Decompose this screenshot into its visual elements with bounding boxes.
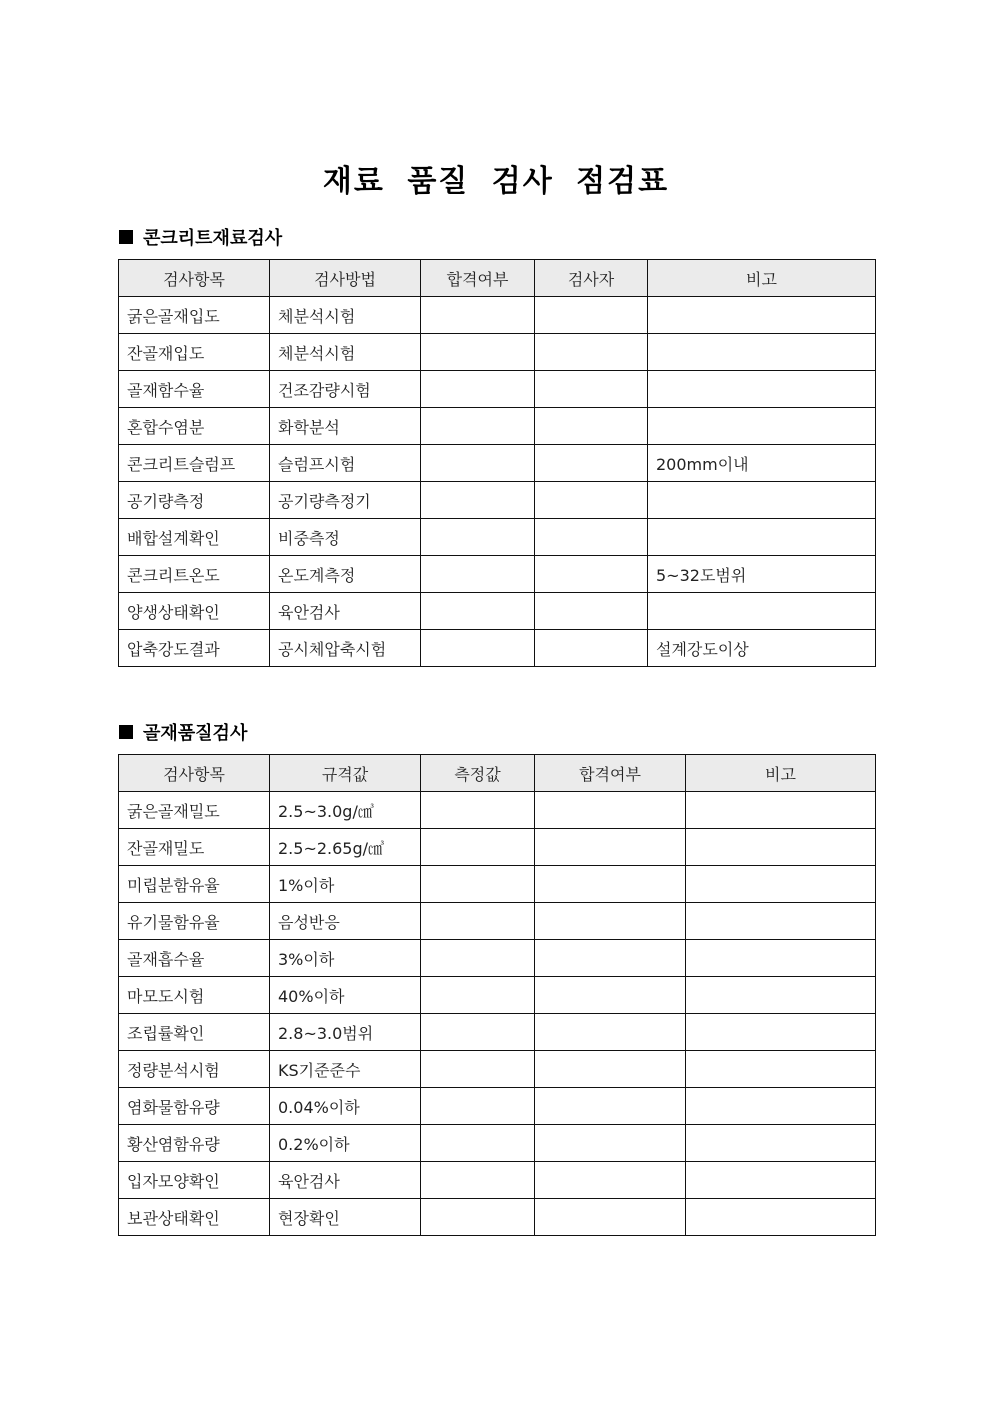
table-cell: 굵은골재밀도 bbox=[119, 792, 270, 829]
editable-cell[interactable] bbox=[421, 593, 535, 630]
editable-cell[interactable] bbox=[535, 977, 686, 1014]
section-heading-concrete: 콘크리트재료검사 bbox=[119, 224, 282, 250]
editable-cell[interactable] bbox=[535, 1162, 686, 1199]
table-cell: 조립률확인 bbox=[119, 1014, 270, 1051]
editable-cell[interactable] bbox=[421, 1125, 535, 1162]
column-header: 비고 bbox=[686, 755, 876, 792]
table-cell: 보관상태확인 bbox=[119, 1199, 270, 1236]
table-cell: 골재흡수율 bbox=[119, 940, 270, 977]
editable-cell[interactable]: 200mm이내 bbox=[648, 445, 876, 482]
editable-cell[interactable] bbox=[421, 297, 535, 334]
editable-cell[interactable] bbox=[535, 408, 648, 445]
editable-cell[interactable] bbox=[535, 1125, 686, 1162]
column-header: 검사항목 bbox=[119, 260, 270, 297]
table-cell: 육안검사 bbox=[270, 593, 421, 630]
editable-cell[interactable] bbox=[535, 1088, 686, 1125]
editable-cell[interactable] bbox=[421, 630, 535, 667]
table-cell: 체분석시험 bbox=[270, 297, 421, 334]
table-cell: 슬럼프시험 bbox=[270, 445, 421, 482]
editable-cell[interactable] bbox=[686, 866, 876, 903]
editable-cell[interactable] bbox=[535, 940, 686, 977]
editable-cell[interactable] bbox=[535, 829, 686, 866]
table-cell: 화학분석 bbox=[270, 408, 421, 445]
table-cell: 황산염함유량 bbox=[119, 1125, 270, 1162]
table-cell: 잔골재밀도 bbox=[119, 829, 270, 866]
table-row: 공기량측정공기량측정기 bbox=[119, 482, 876, 519]
editable-cell[interactable] bbox=[686, 903, 876, 940]
column-header: 검사자 bbox=[535, 260, 648, 297]
table-row: 잔골재밀도2.5~2.65g/㎤ bbox=[119, 829, 876, 866]
editable-cell[interactable] bbox=[535, 792, 686, 829]
table-row: 잔골재입도체분석시험 bbox=[119, 334, 876, 371]
aggregate-inspection-table: 검사항목 규격값 측정값 합격여부 비고 굵은골재밀도2.5~3.0g/㎤잔골재… bbox=[118, 754, 876, 1236]
table-cell: 0.04%이하 bbox=[270, 1088, 421, 1125]
editable-cell[interactable] bbox=[421, 482, 535, 519]
table-cell: 미립분함유율 bbox=[119, 866, 270, 903]
editable-cell[interactable] bbox=[648, 334, 876, 371]
table-cell: 현장확인 bbox=[270, 1199, 421, 1236]
editable-cell[interactable] bbox=[421, 556, 535, 593]
editable-cell[interactable] bbox=[535, 903, 686, 940]
editable-cell[interactable] bbox=[535, 519, 648, 556]
table-row: 콘크리트온도온도계측정5~32도범위 bbox=[119, 556, 876, 593]
table-cell: 온도계측정 bbox=[270, 556, 421, 593]
section-heading-label: 골재품질검사 bbox=[143, 719, 247, 745]
column-header: 합격여부 bbox=[535, 755, 686, 792]
table-cell: 정량분석시험 bbox=[119, 1051, 270, 1088]
table-cell: 2.8~3.0범위 bbox=[270, 1014, 421, 1051]
table-row: 굵은골재밀도2.5~3.0g/㎤ bbox=[119, 792, 876, 829]
table-cell: 음성반응 bbox=[270, 903, 421, 940]
table-cell: 콘크리트온도 bbox=[119, 556, 270, 593]
table-row: 굵은골재입도체분석시험 bbox=[119, 297, 876, 334]
table-cell: 굵은골재입도 bbox=[119, 297, 270, 334]
editable-cell[interactable] bbox=[686, 829, 876, 866]
table-row: 조립률확인2.8~3.0범위 bbox=[119, 1014, 876, 1051]
column-header: 측정값 bbox=[421, 755, 535, 792]
table-row: 압축강도결과공시체압축시험설계강도이상 bbox=[119, 630, 876, 667]
editable-cell[interactable] bbox=[421, 792, 535, 829]
table-cell: 건조감량시험 bbox=[270, 371, 421, 408]
table-cell: 콘크리트슬럼프 bbox=[119, 445, 270, 482]
editable-cell[interactable]: 5~32도범위 bbox=[648, 556, 876, 593]
table-row: 양생상태확인육안검사 bbox=[119, 593, 876, 630]
editable-cell[interactable] bbox=[686, 940, 876, 977]
editable-cell[interactable] bbox=[686, 1199, 876, 1236]
table-cell: 혼합수염분 bbox=[119, 408, 270, 445]
editable-cell[interactable] bbox=[421, 977, 535, 1014]
editable-cell[interactable] bbox=[535, 371, 648, 408]
table-cell: 2.5~2.65g/㎤ bbox=[270, 829, 421, 866]
editable-cell[interactable] bbox=[686, 1014, 876, 1051]
editable-cell[interactable] bbox=[648, 371, 876, 408]
editable-cell[interactable] bbox=[535, 1199, 686, 1236]
table-cell: KS기준준수 bbox=[270, 1051, 421, 1088]
table-row: 정량분석시험KS기준준수 bbox=[119, 1051, 876, 1088]
table-cell: 골재함수율 bbox=[119, 371, 270, 408]
editable-cell[interactable] bbox=[686, 792, 876, 829]
section-heading-aggregate: 골재품질검사 bbox=[119, 719, 247, 745]
editable-cell[interactable] bbox=[648, 519, 876, 556]
editable-cell[interactable] bbox=[535, 630, 648, 667]
table-cell: 40%이하 bbox=[270, 977, 421, 1014]
column-header: 합격여부 bbox=[421, 260, 535, 297]
editable-cell[interactable]: 설계강도이상 bbox=[648, 630, 876, 667]
column-header: 검사방법 bbox=[270, 260, 421, 297]
editable-cell[interactable] bbox=[535, 1014, 686, 1051]
editable-cell[interactable] bbox=[535, 556, 648, 593]
table-row: 보관상태확인현장확인 bbox=[119, 1199, 876, 1236]
table-header-row: 검사항목 규격값 측정값 합격여부 비고 bbox=[119, 755, 876, 792]
table-row: 콘크리트슬럼프슬럼프시험200mm이내 bbox=[119, 445, 876, 482]
table-row: 유기물함유율음성반응 bbox=[119, 903, 876, 940]
editable-cell[interactable] bbox=[535, 334, 648, 371]
table-row: 미립분함유율1%이하 bbox=[119, 866, 876, 903]
editable-cell[interactable] bbox=[535, 866, 686, 903]
editable-cell[interactable] bbox=[686, 1125, 876, 1162]
editable-cell[interactable] bbox=[421, 334, 535, 371]
table-row: 골재흡수율3%이하 bbox=[119, 940, 876, 977]
square-bullet-icon bbox=[119, 725, 133, 739]
editable-cell[interactable] bbox=[421, 1162, 535, 1199]
editable-cell[interactable] bbox=[535, 1051, 686, 1088]
table-cell: 3%이하 bbox=[270, 940, 421, 977]
table-row: 황산염함유량0.2%이하 bbox=[119, 1125, 876, 1162]
editable-cell[interactable] bbox=[648, 482, 876, 519]
table-cell: 마모도시험 bbox=[119, 977, 270, 1014]
editable-cell[interactable] bbox=[421, 1088, 535, 1125]
table-row: 염화물함유량0.04%이하 bbox=[119, 1088, 876, 1125]
table-row: 골재함수율건조감량시험 bbox=[119, 371, 876, 408]
table-cell: 공시체압축시험 bbox=[270, 630, 421, 667]
table-cell: 잔골재입도 bbox=[119, 334, 270, 371]
table-header-row: 검사항목 검사방법 합격여부 검사자 비고 bbox=[119, 260, 876, 297]
editable-cell[interactable] bbox=[686, 1088, 876, 1125]
square-bullet-icon bbox=[119, 230, 133, 244]
table-cell: 체분석시험 bbox=[270, 334, 421, 371]
editable-cell[interactable] bbox=[648, 408, 876, 445]
table-cell: 공기량측정 bbox=[119, 482, 270, 519]
table-cell: 1%이하 bbox=[270, 866, 421, 903]
editable-cell[interactable] bbox=[421, 371, 535, 408]
table-cell: 배합설계확인 bbox=[119, 519, 270, 556]
column-header: 규격값 bbox=[270, 755, 421, 792]
editable-cell[interactable] bbox=[421, 1051, 535, 1088]
editable-cell[interactable] bbox=[686, 1162, 876, 1199]
editable-cell[interactable] bbox=[421, 866, 535, 903]
concrete-inspection-table: 검사항목 검사방법 합격여부 검사자 비고 굵은골재입도체분석시험잔골재입도체분… bbox=[118, 259, 876, 667]
table-cell: 공기량측정기 bbox=[270, 482, 421, 519]
editable-cell[interactable] bbox=[686, 977, 876, 1014]
table-row: 배합설계확인비중측정 bbox=[119, 519, 876, 556]
editable-cell[interactable] bbox=[421, 829, 535, 866]
editable-cell[interactable] bbox=[686, 1051, 876, 1088]
editable-cell[interactable] bbox=[421, 519, 535, 556]
editable-cell[interactable] bbox=[535, 297, 648, 334]
column-header: 검사항목 bbox=[119, 755, 270, 792]
editable-cell[interactable] bbox=[421, 1014, 535, 1051]
page-title: 재료 품질 검사 점검표 bbox=[0, 156, 992, 200]
table-row: 혼합수염분화학분석 bbox=[119, 408, 876, 445]
editable-cell[interactable] bbox=[648, 297, 876, 334]
editable-cell[interactable] bbox=[648, 593, 876, 630]
table-cell: 2.5~3.0g/㎤ bbox=[270, 792, 421, 829]
section-heading-label: 콘크리트재료검사 bbox=[143, 224, 282, 250]
table-cell: 압축강도결과 bbox=[119, 630, 270, 667]
editable-cell[interactable] bbox=[535, 445, 648, 482]
editable-cell[interactable] bbox=[421, 445, 535, 482]
editable-cell[interactable] bbox=[421, 1199, 535, 1236]
table-cell: 양생상태확인 bbox=[119, 593, 270, 630]
table-row: 입자모양확인육안검사 bbox=[119, 1162, 876, 1199]
table-cell: 유기물함유율 bbox=[119, 903, 270, 940]
table-cell: 육안검사 bbox=[270, 1162, 421, 1199]
editable-cell[interactable] bbox=[535, 482, 648, 519]
editable-cell[interactable] bbox=[535, 593, 648, 630]
editable-cell[interactable] bbox=[421, 408, 535, 445]
table-cell: 0.2%이하 bbox=[270, 1125, 421, 1162]
column-header: 비고 bbox=[648, 260, 876, 297]
table-cell: 염화물함유량 bbox=[119, 1088, 270, 1125]
editable-cell[interactable] bbox=[421, 903, 535, 940]
table-cell: 입자모양확인 bbox=[119, 1162, 270, 1199]
editable-cell[interactable] bbox=[421, 940, 535, 977]
table-row: 마모도시험40%이하 bbox=[119, 977, 876, 1014]
table-cell: 비중측정 bbox=[270, 519, 421, 556]
